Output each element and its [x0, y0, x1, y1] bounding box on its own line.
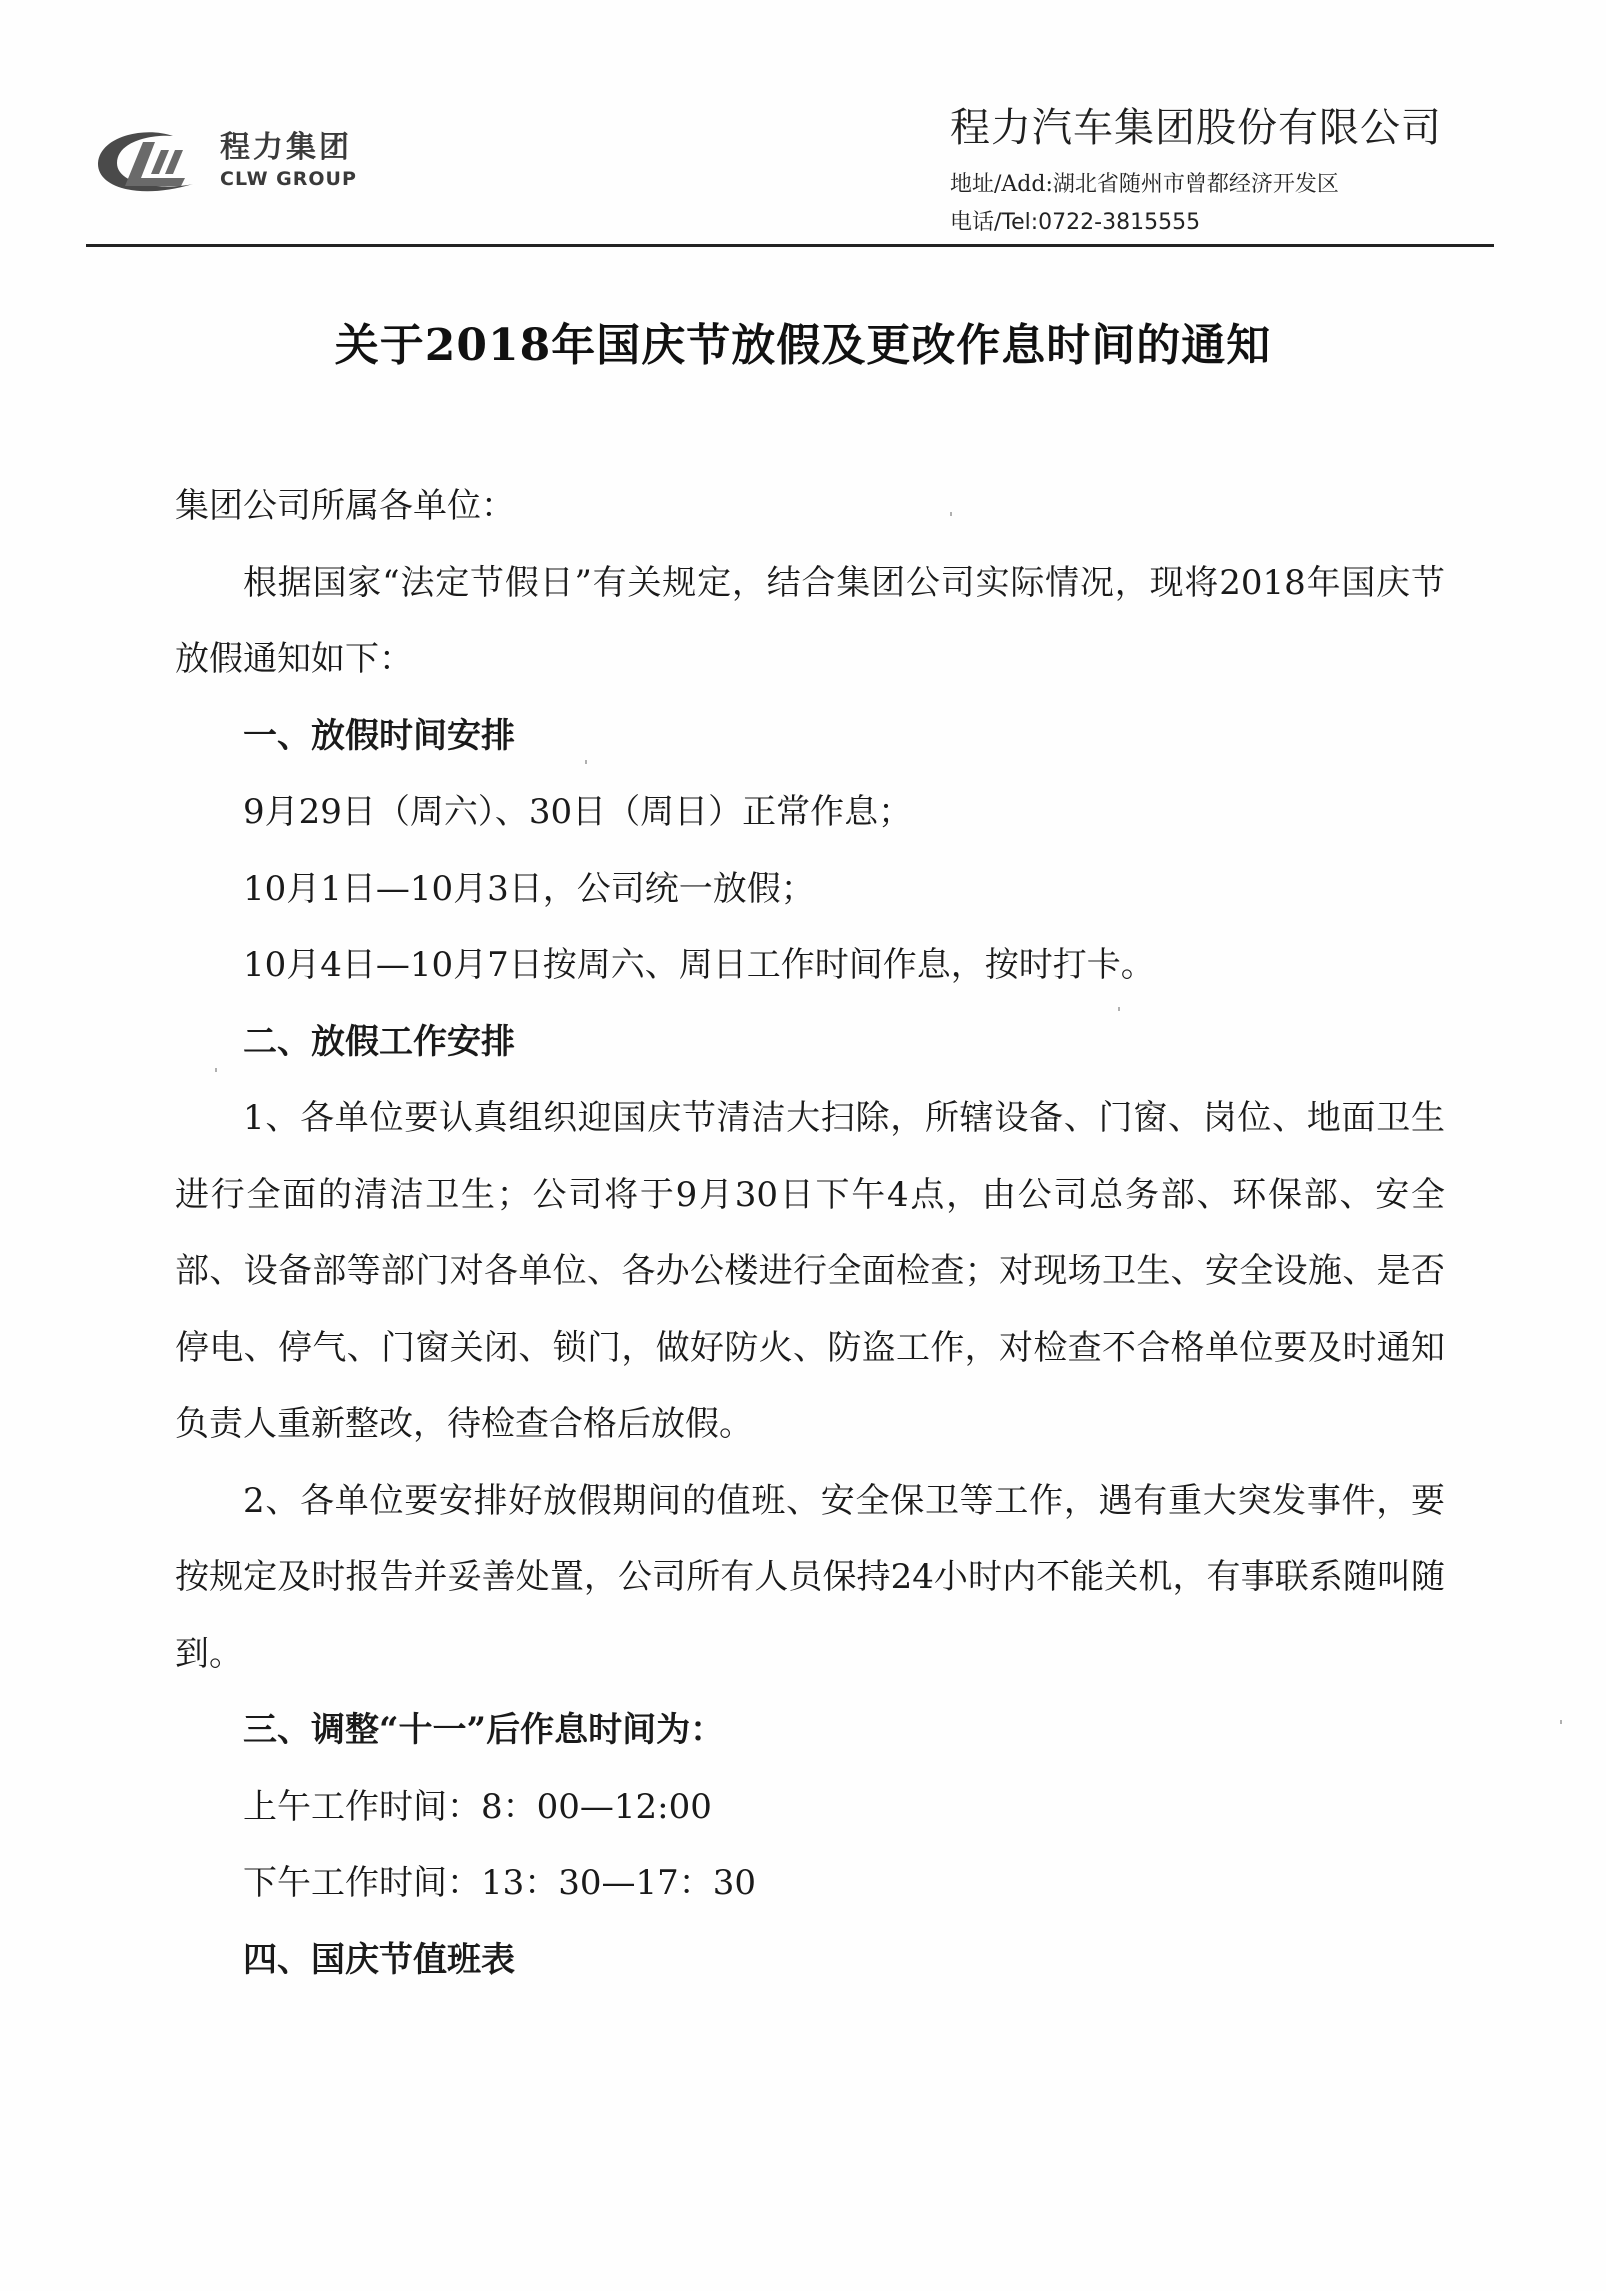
schedule-line: 10月4日—10月7日按周六、周日工作时间作息，按时打卡。 — [175, 927, 1445, 1004]
scan-speck — [585, 760, 587, 764]
document-title: 关于2018年国庆节放假及更改作息时间的通知 — [0, 318, 1606, 374]
document-body: 集团公司所属各单位： 根据国家“法定节假日”有关规定，结合集团公司实际情况，现将… — [175, 468, 1445, 1998]
section-heading-work-hours: 三、调整“十一”后作息时间为： — [175, 1692, 1445, 1769]
scan-speck — [215, 1068, 217, 1072]
company-name: 程力汽车集团股份有限公司 — [950, 103, 1442, 153]
work-hours-line: 上午工作时间：8：00—12:00 — [175, 1769, 1445, 1846]
work-arrangement-paragraph: 1、各单位要认真组织迎国庆节清洁大扫除，所辖设备、门窗、岗位、地面卫生进行全面的… — [175, 1080, 1445, 1463]
company-logo: 程力集团 CLW GROUP — [95, 128, 425, 198]
schedule-line: 9月29日（周六）、30日（周日）正常作息； — [175, 774, 1445, 851]
clw-logo-icon — [95, 128, 205, 198]
section-heading-schedule: 一、放假时间安排 — [175, 698, 1445, 775]
section-heading-work-arrangement: 二、放假工作安排 — [175, 1004, 1445, 1081]
work-arrangement-paragraph: 2、各单位要安排好放假期间的值班、安全保卫等工作，遇有重大突发事件，要按规定及时… — [175, 1463, 1445, 1693]
scan-speck — [950, 512, 952, 516]
schedule-line: 10月1日—10月3日，公司统一放假； — [175, 851, 1445, 928]
salutation: 集团公司所属各单位： — [175, 468, 1445, 545]
header-divider — [86, 244, 1494, 247]
document-page: 程力集团 CLW GROUP 程力汽车集团股份有限公司 地址/Add:湖北省随州… — [0, 0, 1606, 2291]
section-heading-duty-roster: 四、国庆节值班表 — [175, 1922, 1445, 1999]
company-phone: 电话/Tel:0722-3815555 — [950, 208, 1200, 238]
logo-english-text: CLW GROUP — [220, 168, 357, 190]
scan-speck — [1560, 1720, 1562, 1724]
intro-paragraph: 根据国家“法定节假日”有关规定，结合集团公司实际情况，现将2018年国庆节放假通… — [175, 545, 1445, 698]
scan-speck — [1118, 1007, 1120, 1011]
company-address: 地址/Add:湖北省随州市曾都经济开发区 — [950, 170, 1339, 200]
logo-chinese-text: 程力集团 — [220, 130, 352, 166]
work-hours-line: 下午工作时间：13：30—17：30 — [175, 1845, 1445, 1922]
